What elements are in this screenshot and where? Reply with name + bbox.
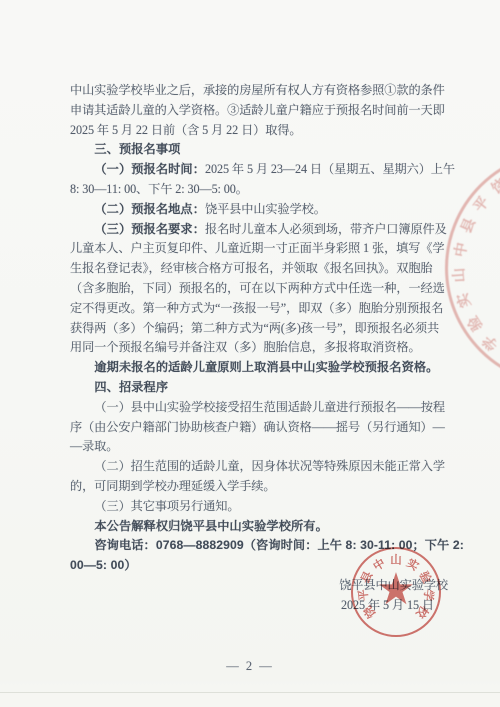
document-lines: 中山实验学校毕业之后，承接的房屋所有权人方有资格参照①款的条件申请其适龄儿童的入… [70, 81, 448, 616]
line-text: 饶平县中山实验学校。 [205, 202, 326, 216]
line-text: （三）其它事项另行通知。 [94, 499, 239, 513]
document-line: 四、招录程序 [70, 378, 448, 398]
line-text: 2025 年 5 月 15 日 [341, 598, 434, 612]
document-line: 三、预报名事项 [70, 140, 448, 160]
document-line: 生报名登记表》，经审核合格方可报名，并领取《报名回执》。双胞胎 [70, 259, 448, 279]
seal-char: 学 [481, 332, 500, 353]
document-line: （三）其它事项另行通知。 [70, 497, 448, 517]
page-bottom-edge [0, 692, 500, 707]
line-text: 定不得更改。第一种方式为“一孩报一号”，即双（多）胞胎分别预报名 [70, 301, 443, 315]
document-line: 序（由公安户籍部门协助核查户籍）确认资格——摇号（另行通知）— [70, 418, 448, 438]
line-text-bold: 咨询电话：0768—8882909（咨询时间：上午 8: 30-11: 00；下… [94, 538, 463, 552]
line-text: 的，可同期到学校办理延缓入学手续。 [70, 479, 276, 493]
document-line: 饶平县中山实验学校 [70, 576, 448, 596]
line-text-bold: （一）预报名时间： [94, 162, 205, 176]
document-line: 咨询电话：0768—8882909（咨询时间：上午 8: 30-11: 00；下… [70, 536, 448, 556]
document-line: 2025 年 5 月 22 日前（含 5 月 22 日）取得。 [70, 121, 448, 141]
scanned-notice-page: 中山实验学校毕业之后，承接的房屋所有权人方有资格参照①款的条件申请其适龄儿童的入… [0, 0, 500, 707]
document-line: 本公告解释权归饶平县中山实验学校所有。 [70, 517, 448, 537]
document-line: —录取。 [70, 437, 448, 457]
document-line: 申请其适龄儿童的入学资格。③适龄儿童户籍应于预报名时间前一天即 [70, 101, 448, 121]
line-text-bold: 四、招录程序 [94, 380, 168, 394]
seal-char: 中 [453, 242, 470, 259]
document-line: 用同一个预报名编号并备注双（多）胞胎信息，多报将取消资格。 [70, 338, 448, 358]
document-line: 2025 年 5 月 15 日 [70, 596, 448, 616]
line-text: 中山实验学校毕业之后，承接的房屋所有权人方有资格参照①款的条件 [70, 83, 445, 97]
document-line: 8: 30—11: 00、下午 2: 30—5: 00。 [70, 180, 448, 200]
document-line: 获得两（多）个编码；第二种方式为“两(多)孩一号”，即预报名必须共 [70, 319, 448, 339]
line-text-bold: 00—5: 00） [70, 558, 137, 572]
document-line: 儿童本人、户主页复印件、儿童近期一寸正面半身彩照 1 张，填写《学 [70, 239, 448, 259]
document-line: 定不得更改。第一种方式为“一孩报一号”，即双（多）胞胎分别预报名 [70, 299, 448, 319]
line-text: 饶平县中山实验学校 [339, 578, 448, 592]
document-line: （二）预报名地点：饶平县中山实验学校。 [70, 200, 448, 220]
document-line: 中山实验学校毕业之后，承接的房屋所有权人方有资格参照①款的条件 [70, 81, 448, 101]
document-line: （三）预报名要求：报名时儿童本人必须到场，带齐户口簿原件及 [70, 220, 448, 240]
line-text-bold: 本公告解释权归饶平县中山实验学校所有。 [94, 519, 327, 533]
document-line: （一）县中山实验学校接受招生范围适龄儿童进行预报名——按程 [70, 398, 448, 418]
document-line: （含多胞胎，下同）预报名的，可在以下两种方式中任选一种，一经选 [70, 279, 448, 299]
line-text: 用同一个预报名编号并备注双（多）胞胎信息，多报将取消资格。 [70, 340, 421, 354]
line-text-bold: 逾期未报名的适龄儿童原则上取消县中山实验学校预报名资格。 [94, 360, 438, 374]
line-text: 生报名登记表》，经审核合格方可报名，并领取《报名回执》。双胞胎 [70, 261, 433, 275]
seal-char: 验 [466, 313, 486, 333]
line-text: 8: 30—11: 00、下午 2: 30—5: 00。 [70, 182, 248, 196]
line-text: （二）招生范围的适龄儿童，因身体状况等特殊原因未能正常入学 [94, 459, 445, 473]
line-text: 序（由公安户籍部门协助核查户籍）确认资格——摇号（另行通知）— [70, 420, 445, 434]
document-line: 00—5: 00） [70, 556, 448, 576]
line-text-bold: 三、预报名事项 [94, 142, 180, 156]
document-line: 的，可同期到学校办理延缓入学手续。 [70, 477, 448, 497]
seal-char: 饶 [489, 177, 500, 197]
line-text: 报名时儿童本人必须到场，带齐户口簿原件及 [205, 222, 447, 236]
line-text: 2025 年 5 月 22 日前（含 5 月 22 日）取得。 [70, 123, 302, 137]
seal-ring [445, 150, 500, 386]
document-line: （二）招生范围的适龄儿童，因身体状况等特殊原因未能正常入学 [70, 457, 448, 477]
line-text: 申请其适龄儿童的入学资格。③适龄儿童户籍应于预报名时间前一天即 [70, 103, 445, 117]
document-line: 逾期未报名的适龄儿童原则上取消县中山实验学校预报名资格。 [70, 358, 448, 378]
seal-char: 实 [456, 291, 474, 309]
page-number: — 2 — [0, 659, 500, 674]
line-text: （一）县中山实验学校接受招生范围适龄儿童进行预报名——按程 [94, 400, 445, 414]
edge-seal: 饶平县中山实验学校 [445, 150, 500, 386]
seal-char: 山 [453, 267, 468, 282]
line-text: 获得两（多）个编码；第二种方式为“两(多)孩一号”，即预报名必须共 [70, 321, 439, 335]
seal-char: 县 [459, 217, 478, 236]
line-text-bold: （三）预报名要求： [94, 222, 205, 236]
line-text: （含多胞胎，下同）预报名的，可在以下两种方式中任选一种，一经选 [70, 281, 445, 295]
document-line: （一）预报名时间：2025 年 5 月 23—24 日（星期五、星期六）上午 [70, 160, 448, 180]
line-text: 儿童本人、户主页复印件、儿童近期一寸正面半身彩照 1 张，填写《学 [70, 241, 445, 255]
line-text: —录取。 [70, 439, 118, 453]
line-text: 2025 年 5 月 23—24 日（星期五、星期六）上午 [205, 162, 455, 176]
seal-char: 平 [472, 194, 492, 214]
line-text-bold: （二）预报名地点： [94, 202, 205, 216]
